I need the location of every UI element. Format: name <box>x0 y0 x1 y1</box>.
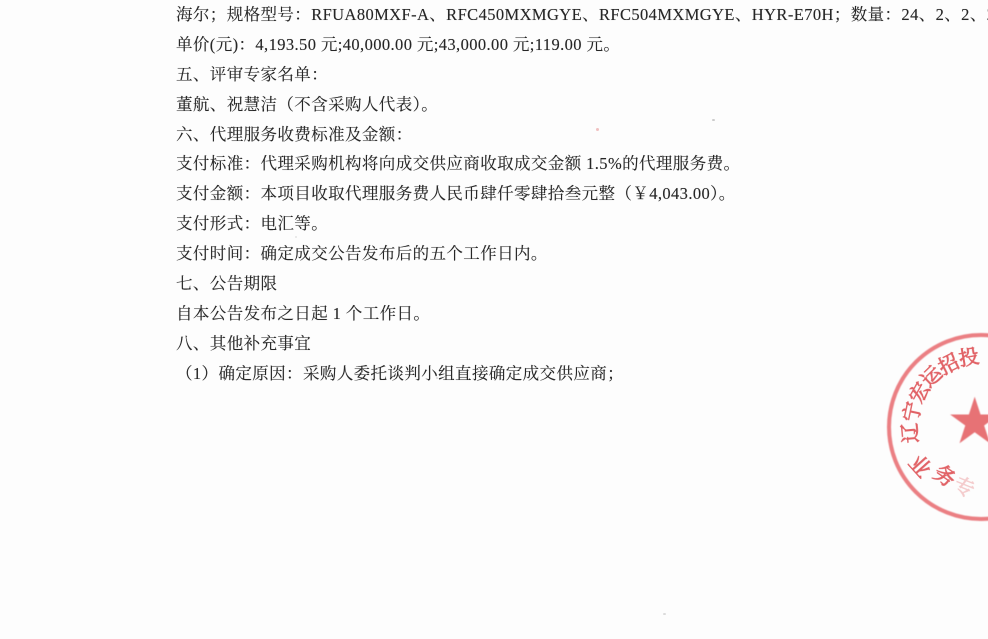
seal-star-icon: ★ <box>946 390 988 454</box>
doc-line-payment-amount: 支付金额：本项目收取代理服务费人民币肆仟零肆拾叁元整（￥4,043.00）。 <box>176 179 988 209</box>
doc-line-payment-time: 支付时间：确定成交公告发布后的五个工作日内。 <box>176 239 988 269</box>
seal-arc-char: 辽 <box>899 421 923 445</box>
doc-line-expert-names: 董航、祝慧洁（不含采购人代表）。 <box>176 90 988 120</box>
doc-line-unit-prices: 单价(元)：4,193.50 元;40,000.00 元;43,000.00 元… <box>176 30 988 60</box>
section-heading-supplementary: 八、其他补充事宜 <box>176 329 988 359</box>
scan-speck <box>596 128 599 131</box>
section-heading-experts: 五、评审专家名单： <box>176 60 988 90</box>
doc-line-payment-standard: 支付标准：代理采购机构将向成交供应商收取成交金额 1.5%的代理服务费。 <box>176 149 988 179</box>
scan-speck <box>436 377 438 379</box>
section-heading-notice-period: 七、公告期限 <box>176 269 988 299</box>
seal-bottom-char: 业 <box>903 451 934 482</box>
document-page: 海尔；规格型号：RFUA80MXF-A、RFC450MXMGYE、RFC504M… <box>176 0 988 389</box>
doc-line-payment-form: 支付形式：电汇等。 <box>176 209 988 239</box>
doc-line-determination-reason: （1）确定原因：采购人委托谈判小组直接确定成交供应商； <box>176 359 988 389</box>
section-heading-agency-fee: 六、代理服务收费标准及金额： <box>176 120 988 150</box>
scan-speck <box>712 119 715 121</box>
scan-speck <box>663 613 666 615</box>
doc-line-notice-period: 自本公告发布之日起 1 个工作日。 <box>176 299 988 329</box>
seal-bottom-char: 务 <box>929 462 960 493</box>
seal-arc-char: 宁 <box>900 399 926 425</box>
seal-bottom-char: 专 <box>950 474 979 503</box>
scan-speck <box>295 236 297 238</box>
doc-line-spec-models: 海尔；规格型号：RFUA80MXF-A、RFC450MXMGYE、RFC504M… <box>176 0 988 30</box>
